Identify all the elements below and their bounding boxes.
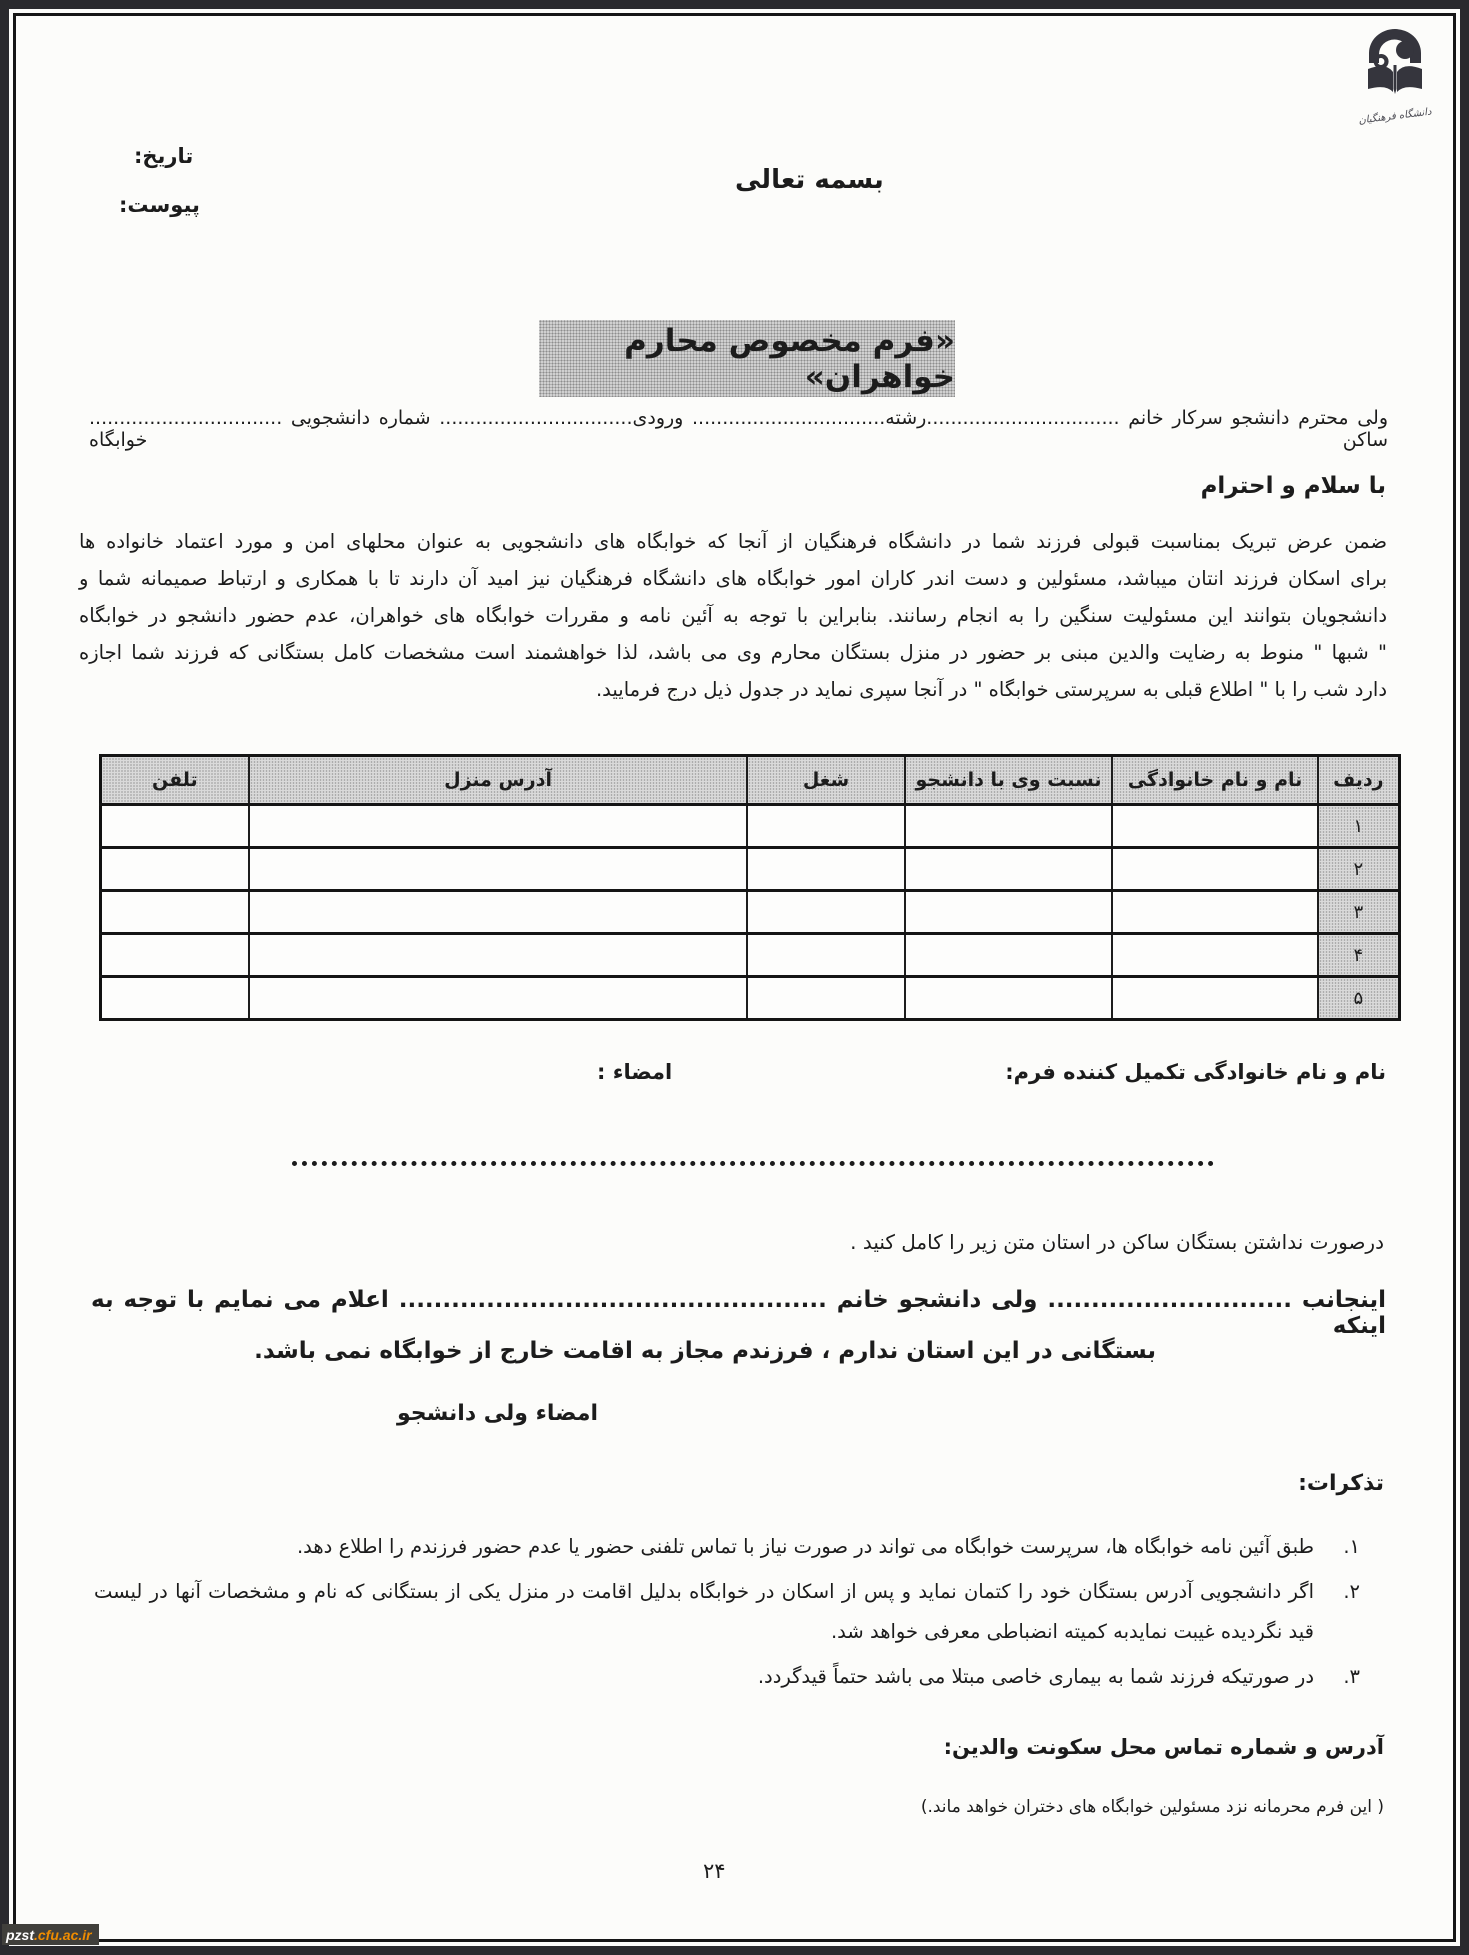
relation-cell-empty[interactable] — [905, 805, 1113, 848]
intro-paragraph-line-1: ضمن عرض تبریک بمناسبت قبولی فرزند شما در… — [79, 523, 1387, 560]
logo-block: دانشگاه فرهنگیان — [1352, 23, 1438, 122]
dotted-fill-line[interactable] — [292, 1141, 1214, 1166]
phone-cell-empty[interactable] — [101, 934, 249, 977]
name-cell-empty[interactable] — [1112, 891, 1317, 934]
completer-name-label: نام و نام خانوادگی تکمیل کننده فرم: — [1005, 1060, 1386, 1084]
table-row: ۴ — [101, 934, 1400, 977]
completer-signature-label: امضاء : — [597, 1060, 672, 1084]
intro-paragraph-line-4: " شبها " منوط به رضایت والدین مبنی بر حض… — [79, 634, 1387, 671]
row-number-cell: ۱ — [1318, 805, 1400, 848]
address-cell-empty[interactable] — [249, 891, 748, 934]
note-number: ۱. — [1314, 1527, 1360, 1567]
col-header-job: شغل — [747, 756, 904, 805]
intro-paragraph-line-3: دانشجویان بتوانند این مسئولیت سنگین را ب… — [79, 597, 1387, 634]
col-header-home-address: آدرس منزل — [249, 756, 748, 805]
no-relatives-instruction: درصورت نداشتن بستگان ساکن در استان متن ز… — [850, 1230, 1384, 1254]
table-row: ۳ — [101, 891, 1400, 934]
phone-cell-empty[interactable] — [101, 977, 249, 1020]
attachment-label: پیوست: — [119, 193, 200, 217]
name-cell-empty[interactable] — [1112, 977, 1317, 1020]
name-cell-empty[interactable] — [1112, 848, 1317, 891]
paper: دانشگاه فرهنگیان تاریخ: پیوست: بسمه تعال… — [9, 9, 1460, 1946]
relation-cell-empty[interactable] — [905, 848, 1113, 891]
watermark-prefix: pzst — [6, 1927, 34, 1943]
confidential-note: ( این فرم محرمانه نزد مسئولین خوابگاه ها… — [921, 1797, 1384, 1817]
row-number-cell: ۲ — [1318, 848, 1400, 891]
table-row: ۲ — [101, 848, 1400, 891]
row-number-cell: ۳ — [1318, 891, 1400, 934]
note-item: ۳. در صورتیکه فرزند شما به بیماری خاصی م… — [94, 1657, 1360, 1697]
declaration-line-1[interactable]: اینجانب ............................ ولی… — [91, 1287, 1386, 1339]
relation-cell-empty[interactable] — [905, 934, 1113, 977]
salutation: با سلام و احترام — [1201, 473, 1386, 499]
date-label: تاریخ: — [134, 144, 193, 168]
relation-cell-empty[interactable] — [905, 891, 1113, 934]
name-cell-empty[interactable] — [1112, 805, 1317, 848]
job-cell-empty[interactable] — [747, 977, 904, 1020]
address-cell-empty[interactable] — [249, 977, 748, 1020]
scanned-form-page: دانشگاه فرهنگیان تاریخ: پیوست: بسمه تعال… — [0, 0, 1469, 1955]
note-number: ۲. — [1314, 1572, 1360, 1652]
note-text: در صورتیکه فرزند شما به بیماری خاصی مبتل… — [94, 1657, 1314, 1697]
note-text: اگر دانشجویی آدرس بستگان خود را کتمان نم… — [94, 1572, 1314, 1652]
col-header-row-number: ردیف — [1318, 756, 1400, 805]
note-item: ۱. طبق آئین نامه خوابگاه ها، سرپرست خواب… — [94, 1527, 1360, 1567]
col-header-full-name: نام و نام خانوادگی — [1112, 756, 1317, 805]
student-info-line[interactable]: ولی محترم دانشجو سرکار خانم ............… — [89, 407, 1388, 451]
table-row: ۵ — [101, 977, 1400, 1020]
note-number: ۳. — [1314, 1657, 1360, 1697]
address-cell-empty[interactable] — [249, 805, 748, 848]
declaration-line-2: بستگانی در این استان ندارم ، فرزندم مجاز… — [254, 1338, 1156, 1364]
job-cell-empty[interactable] — [747, 934, 904, 977]
relation-cell-empty[interactable] — [905, 977, 1113, 1020]
bismillah-text: بسمه تعالی — [735, 165, 884, 195]
job-cell-empty[interactable] — [747, 891, 904, 934]
notes-heading: تذکرات: — [1298, 1471, 1384, 1496]
relatives-table: ردیف نام و نام خانوادگی نسبت وی با دانشج… — [99, 754, 1401, 1021]
parents-address-heading: آدرس و شماره تماس محل سکونت والدین: — [944, 1735, 1384, 1759]
job-cell-empty[interactable] — [747, 848, 904, 891]
note-item: ۲. اگر دانشجویی آدرس بستگان خود را کتمان… — [94, 1572, 1360, 1652]
farhangian-university-logo-icon — [1360, 23, 1430, 105]
phone-cell-empty[interactable] — [101, 848, 249, 891]
col-header-phone: تلفن — [101, 756, 249, 805]
col-header-relation: نسبت وی با دانشجو — [905, 756, 1113, 805]
note-text: طبق آئین نامه خوابگاه ها، سرپرست خوابگاه… — [94, 1527, 1314, 1567]
phone-cell-empty[interactable] — [101, 805, 249, 848]
name-cell-empty[interactable] — [1112, 934, 1317, 977]
address-cell-empty[interactable] — [249, 848, 748, 891]
watermark-suffix: .cfu.ac.ir — [34, 1927, 92, 1943]
logo-caption: دانشگاه فرهنگیان — [1352, 106, 1439, 127]
site-watermark: pzst.cfu.ac.ir — [2, 1924, 99, 1945]
form-title: «فرم مخصوص محارم خواهران» — [539, 320, 955, 397]
address-cell-empty[interactable] — [249, 934, 748, 977]
intro-paragraph-line-5: دارد شب را با " اطلاع قبلی به سرپرستی خو… — [79, 671, 1387, 708]
intro-paragraph-line-2: برای اسکان فرزند انتان میباشد، مسئولین و… — [79, 560, 1387, 597]
page-number: ۲۴ — [703, 1859, 726, 1883]
job-cell-empty[interactable] — [747, 805, 904, 848]
notes-list: ۱. طبق آئین نامه خوابگاه ها، سرپرست خواب… — [94, 1527, 1360, 1702]
table-header-row: ردیف نام و نام خانوادگی نسبت وی با دانشج… — [101, 756, 1400, 805]
row-number-cell: ۵ — [1318, 977, 1400, 1020]
guardian-signature-label: امضاء ولی دانشجو — [397, 1401, 598, 1426]
row-number-cell: ۴ — [1318, 934, 1400, 977]
intro-paragraph: ضمن عرض تبریک بمناسبت قبولی فرزند شما در… — [79, 523, 1387, 708]
table-row: ۱ — [101, 805, 1400, 848]
phone-cell-empty[interactable] — [101, 891, 249, 934]
